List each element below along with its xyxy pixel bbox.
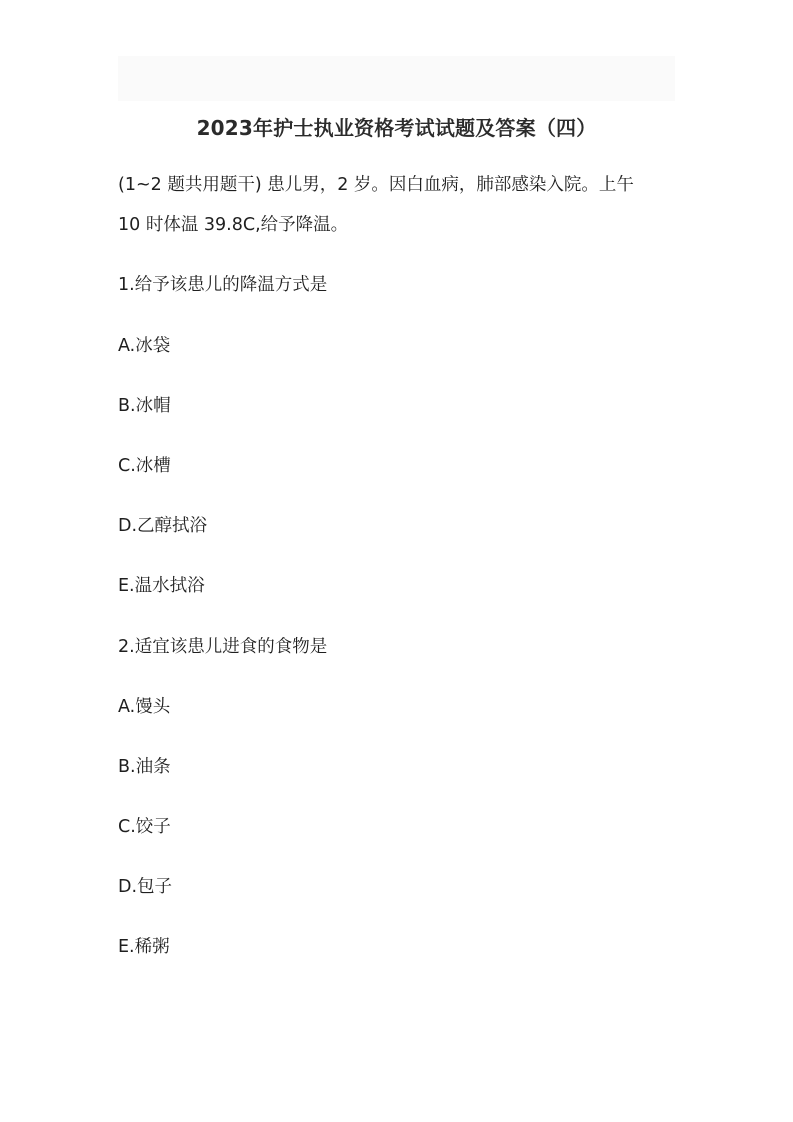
question-stem-line-1: (1~2 题共用题干) 患儿男，2 岁。因白血病，肺部感染入院。上午 (118, 174, 634, 196)
question-1-option-e: E.温水拭浴 (118, 575, 205, 597)
question-2-option-b: B.油条 (118, 756, 171, 778)
document-title: 2023年护士执业资格考试试题及答案（四） (0, 112, 793, 141)
question-2-option-e: E.稀粥 (118, 936, 170, 958)
question-1-option-c: C.冰槽 (118, 455, 171, 477)
question-2-option-a: A.馒头 (118, 696, 170, 718)
question-stem-line-2: 10 时体温 39.8C,给予降温。 (118, 214, 348, 236)
question-1-option-d: D.乙醇拭浴 (118, 515, 207, 537)
question-1-option-a: A.冰袋 (118, 335, 170, 357)
header-watermark-band (118, 56, 675, 101)
question-2-text: 2.适宜该患儿进食的食物是 (118, 636, 327, 658)
question-1-text: 1.给予该患儿的降温方式是 (118, 274, 327, 296)
question-2-option-c: C.饺子 (118, 816, 171, 838)
document-page: 2023年护士执业资格考试试题及答案（四） (1~2 题共用题干) 患儿男，2 … (0, 0, 793, 1122)
question-1-option-b: B.冰帽 (118, 395, 171, 417)
question-2-option-d: D.包子 (118, 876, 172, 898)
